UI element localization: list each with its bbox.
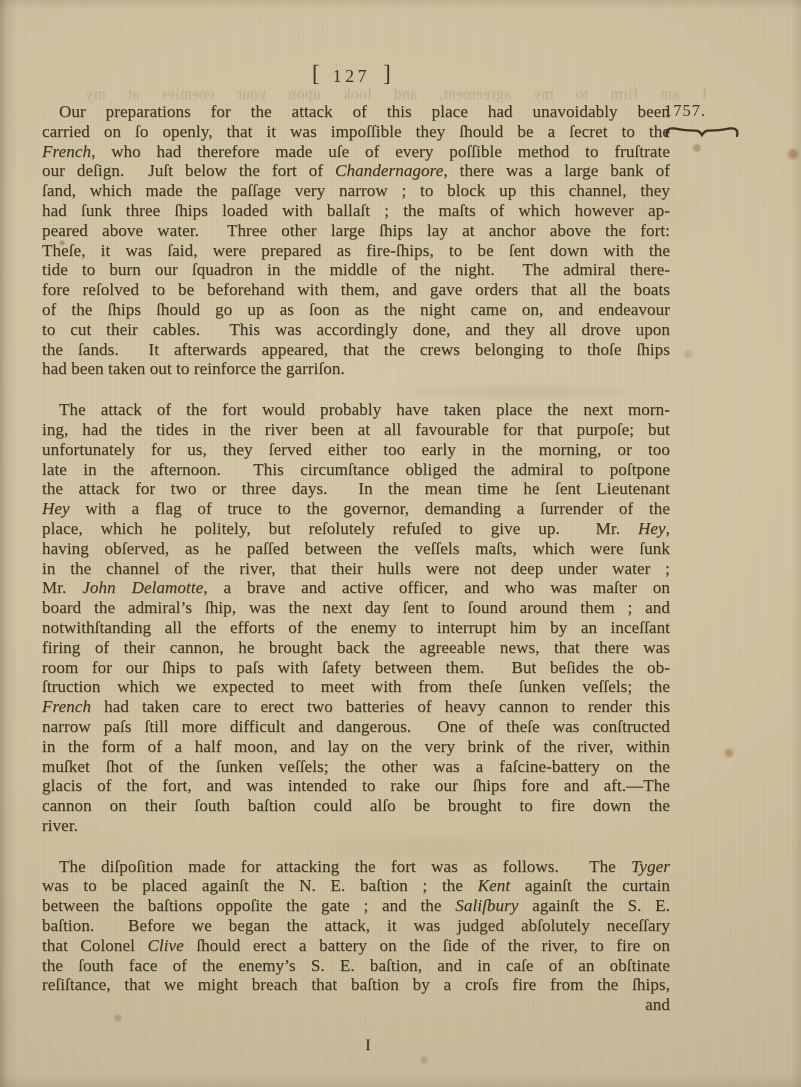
text-line: ſtruction which we expected to meet with… xyxy=(42,677,670,697)
signature-mark: I xyxy=(42,1036,670,1056)
text-line: in the channel of the river, that their … xyxy=(42,559,670,579)
text-line: the attack for two or three days. In the… xyxy=(42,479,670,499)
margin-year-label: 1757. xyxy=(664,101,744,121)
text-line: The attack of the fort would probably ha… xyxy=(42,400,670,420)
text-line: French, who had therefore made uſe of ev… xyxy=(42,142,670,162)
text-line: Our preparations for the attack of this … xyxy=(42,102,670,122)
text-line: muſket ſhot of the ſunken veſſels; the o… xyxy=(42,757,670,777)
catchword: and xyxy=(645,995,670,1014)
text-line: glacis of the fort, and was intended to … xyxy=(42,776,670,796)
text-line: board the admiral’s ſhip, was the next d… xyxy=(42,598,670,618)
page-number: 127 xyxy=(333,62,371,88)
text-line: river. xyxy=(42,816,670,836)
book-page: I am firm to my agreement, and look upon… xyxy=(0,0,801,1087)
text-line: French had taken care to erect two batte… xyxy=(42,697,670,717)
text-line: our deſign. Juſt below the fort of Chand… xyxy=(42,161,670,181)
text-line: having obſerved, as he paſſed between th… xyxy=(42,539,670,559)
text-line: had been taken out to reinforce the garr… xyxy=(42,359,670,379)
text-line: Hey with a flag of truce to the governor… xyxy=(42,499,670,519)
text-line: in the form of a half moon, and lay on t… xyxy=(42,737,670,757)
header-bracket-right: ] xyxy=(383,62,391,86)
text-line: between the baſtions oppoſite the gate ;… xyxy=(42,896,670,916)
text-line: place, which he politely, but reſolutely… xyxy=(42,519,670,539)
page-header: [ 127 ] xyxy=(312,62,391,88)
text-line: cannon on their ſouth baſtion could alſo… xyxy=(42,796,670,816)
text-line: ing, had the tides in the river been at … xyxy=(42,420,670,440)
text-line: Theſe, it was ſaid, were prepared as fir… xyxy=(42,241,670,261)
text-line: Mr. John Delamotte, a brave and active o… xyxy=(42,578,670,598)
page-body: Our preparations for the attack of this … xyxy=(42,102,670,1056)
text-line: fore reſolved to be beforehand with them… xyxy=(42,280,670,300)
text-line: peared above water. Three other large ſh… xyxy=(42,221,670,241)
text-line: that Colonel Clive ſhould erect a batter… xyxy=(42,936,670,956)
paragraph-1: Our preparations for the attack of this … xyxy=(42,102,670,379)
text-line: reſiſtance, that we might breach that ba… xyxy=(42,975,670,995)
year-brace-icon xyxy=(664,122,740,138)
text-line: unfortunately for us, they ſerved either… xyxy=(42,440,670,460)
text-line: carried on ſo openly, that it was impoſſ… xyxy=(42,122,670,142)
text-line: baſtion. Before we began the attack, it … xyxy=(42,916,670,936)
text-line: had ſunk three ſhips loaded with ballaſt… xyxy=(42,201,670,221)
text-line: the ſouth face of the enemy’s S. E. baſt… xyxy=(42,956,670,976)
text-line: The diſpoſition made for attacking the f… xyxy=(42,857,670,877)
text-line: narrow paſs ſtill more difficult and dan… xyxy=(42,717,670,737)
text-line: ſand, which made the paſſage very narrow… xyxy=(42,181,670,201)
text-line: to cut their cables. This was accordingl… xyxy=(42,320,670,340)
text-line: was to be placed againſt the N. E. baſti… xyxy=(42,876,670,896)
catchword-row: and xyxy=(42,995,670,1015)
margin-year-note: 1757. xyxy=(664,101,744,138)
text-line: late in the afternoon. This circumſtance… xyxy=(42,460,670,480)
paragraph-3: The diſpoſition made for attacking the f… xyxy=(42,857,670,1015)
text-line: room for our ſhips to paſs with ſafety b… xyxy=(42,658,670,678)
text-line: tide to burn our ſquadron in the middle … xyxy=(42,260,670,280)
text-line: notwithſtanding all the efforts of the e… xyxy=(42,618,670,638)
text-line: firing of their cannon, he brought back … xyxy=(42,638,670,658)
text-line: the ſands. It afterwards appeared, that … xyxy=(42,340,670,360)
header-bracket-left: [ xyxy=(312,62,320,86)
paragraph-2: The attack of the fort would probably ha… xyxy=(42,400,670,836)
text-line: of the ſhips ſhould go up as ſoon as the… xyxy=(42,300,670,320)
